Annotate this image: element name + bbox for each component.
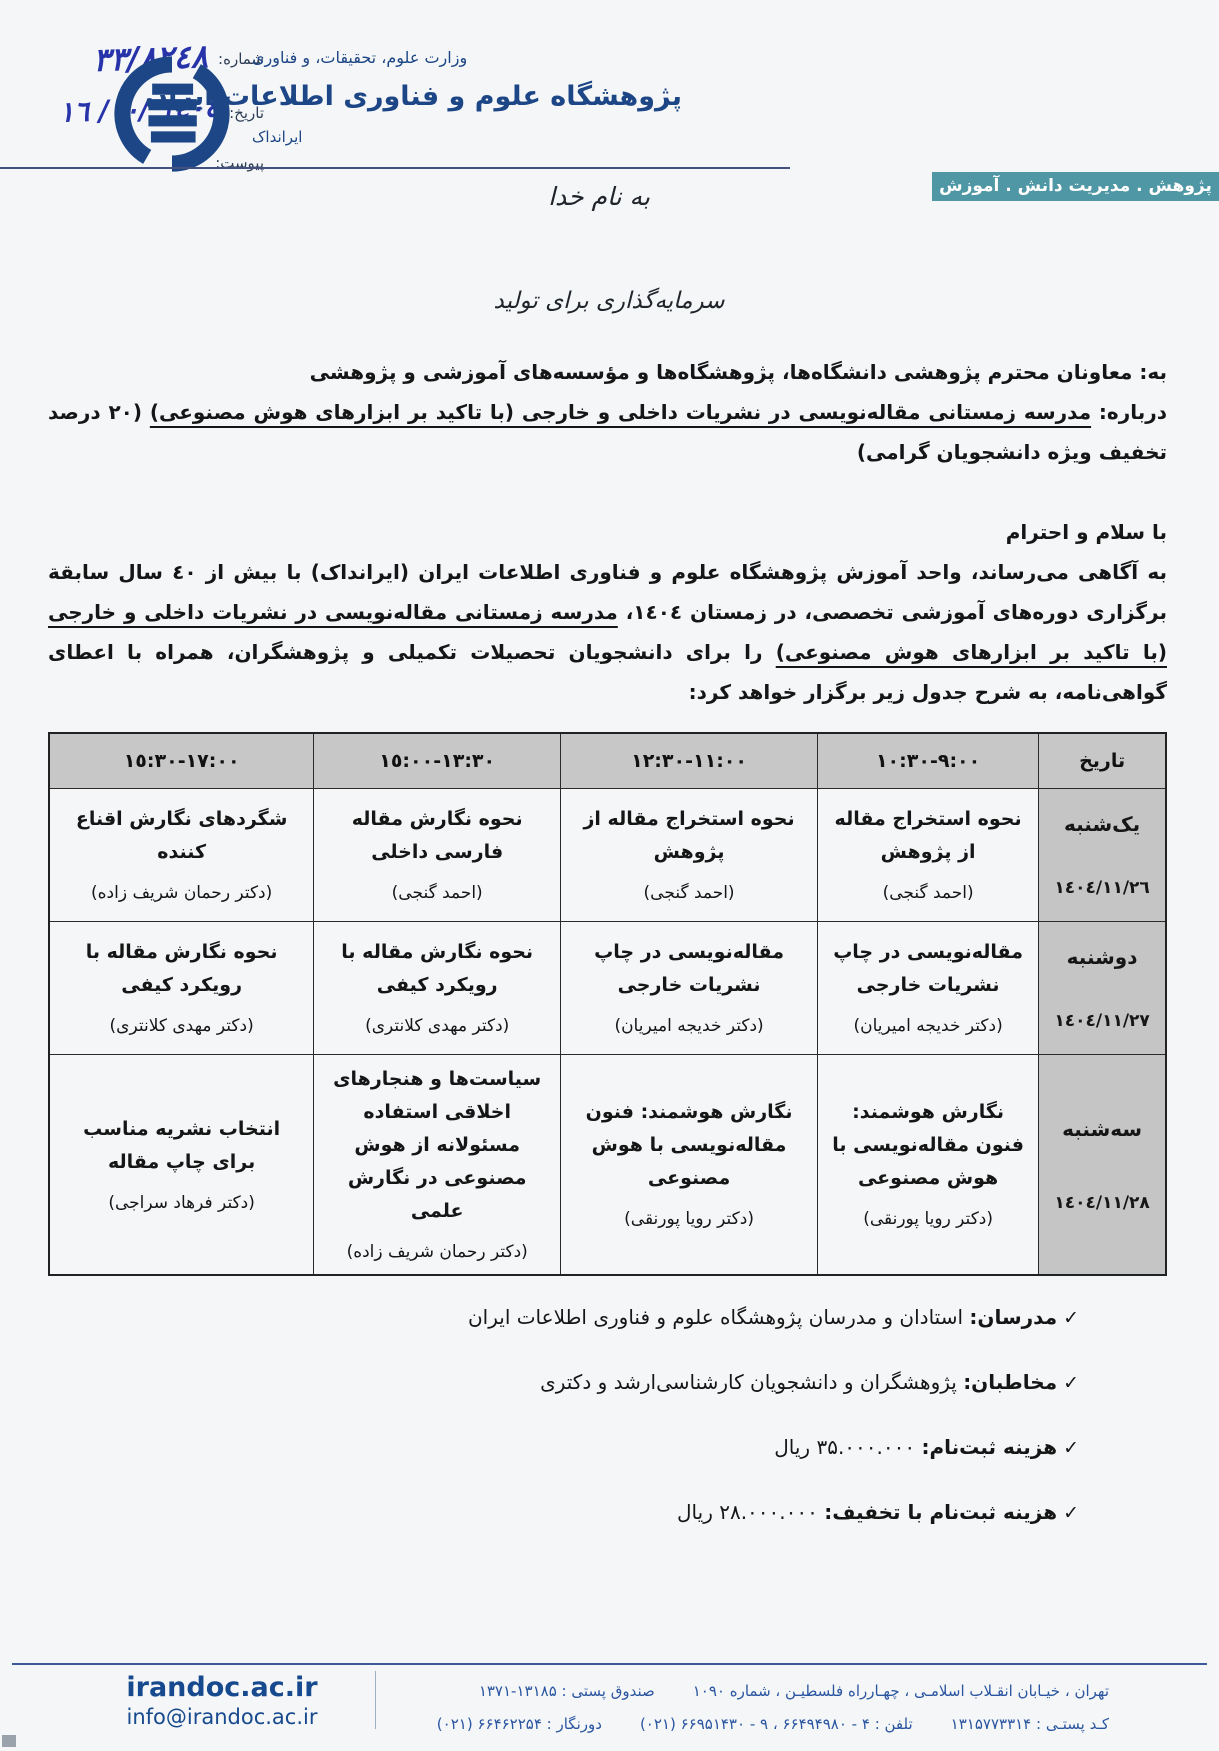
header-slot-1: ٩:٠٠-١٠:٣٠ [818,733,1039,789]
letterhead-divider [0,167,790,169]
date-value: ١٤٠٤/١١/٢٨ [1054,1193,1149,1213]
session-title: نحوه نگارش مقاله با رویکرد کیفی [62,936,301,1002]
ministry-title: وزارت علوم، تحقیقات، و فناوری [252,48,682,67]
about-subject: مدرسه زمستانی مقاله‌نویسی در نشریات داخل… [150,400,1091,424]
session-title: مقاله‌نویسی در چاپ نشریات خارجی [573,936,805,1002]
item-value: استادان و مدرسان پژوهشگاه علوم و فناوری … [468,1305,963,1329]
session-instructor: (دکتر خدیجه امیریان) [830,1012,1026,1040]
date-value: ١٤٠٤/١١/٢٦ [1054,878,1149,898]
pobox: صندوق پستی : ۱۳۱۸۵-۱۳۷۱ [479,1675,655,1708]
session-cell: مقاله‌نویسی در چاپ نشریات خارجی (دکتر خد… [561,922,818,1055]
session-cell: شگردهای نگارش اقناع کننده (دکتر رحمان شر… [49,789,314,922]
institute-title: پژوهشگاه علوم و فناوری اطلاعات ایران [252,81,682,112]
schedule-row-monday: دوشنبه ١٤٠٤/١١/٢٧ مقاله‌نویسی در چاپ نشر… [49,922,1166,1055]
postal-code: کـد پستـی : ۱۳۱۵۷۷۳۳۱۴ [951,1708,1109,1741]
checkmark-icon: ✓ [1063,1372,1079,1394]
item-value: ۲۸.۰۰۰.۰۰۰ ریال [677,1500,818,1524]
session-cell: نحوه نگارش مقاله فارسی داخلی (احمد گنجی) [314,789,561,922]
session-title: نحوه استخراج مقاله از پژوهش [573,803,805,869]
session-cell: نگارش هوشمند: فنون مقاله‌نویسی با هوش مص… [561,1055,818,1276]
session-cell: سیاست‌ها و هنجارهای اخلاقی استفاده مسئول… [314,1055,561,1276]
item-label: هزینه ثبت‌نام با تخفیف: [824,1500,1057,1524]
item-value: ۳۵.۰۰۰.۰۰۰ ریال [774,1435,915,1459]
schedule-row-tuesday: سه‌شنبه ١٤٠٤/١١/٢٨ نگارش هوشمند: فنون مق… [49,1055,1166,1276]
item-value: پژوهشگران و دانشجویان کارشناسی‌ارشد و دک… [540,1370,957,1394]
to-text: معاونان محترم پژوهشی دانشگاه‌ها، پژوهشگا… [310,360,1133,384]
session-instructor: (دکتر فرهاد سراجی) [62,1189,301,1217]
session-instructor: (دکتر رویا پورنقی) [830,1205,1026,1233]
session-instructor: (احمد گنجی) [326,879,548,907]
date-cell: یک‌شنبه ١٤٠٤/١١/٢٦ [1039,789,1166,922]
fax-number: دورنگار : ۶۶۴۶۲۲۵۴ (۰۲۱) [437,1708,602,1741]
date-value: ١٤٠٤/١١/٢٧ [1054,1011,1149,1031]
session-cell: نحوه نگارش مقاله با رویکرد کیفی (دکتر مه… [49,922,314,1055]
slot-4-time: ١٧:٠٠-١٥:٣٠ [124,750,240,772]
session-cell: نگارش هوشمند: فنون مقاله‌نویسی با هوش مص… [818,1055,1039,1276]
list-item-discount-fee: ✓هزینه ثبت‌نام با تخفیف: ۲۸.۰۰۰.۰۰۰ ریال [48,1497,1079,1528]
announcement-paragraph: به آگاهی می‌رساند، واحد آموزش پژوهشگاه ع… [48,552,1167,712]
session-instructor: (دکتر رویا پورنقی) [573,1205,805,1233]
session-instructor: (دکتر خدیجه امیریان) [573,1012,805,1040]
about-line: درباره: مدرسه زمستانی مقاله‌نویسی در نشر… [48,392,1167,472]
list-item-audience: ✓مخاطبان: پژوهشگران و دانشجویان کارشناسی… [48,1367,1079,1398]
slot-1-time: ٩:٠٠-١٠:٣٠ [876,750,980,772]
checkmark-icon: ✓ [1063,1437,1079,1459]
address-line-2: کـد پستـی : ۱۳۱۵۷۷۳۳۱۴ تلفن : ۴ - ۶۶۴۹۴۹… [430,1708,1109,1741]
item-label: مدرسان: [969,1305,1057,1329]
session-instructor: (احمد گنجی) [573,879,805,907]
session-cell: انتخاب نشریه مناسب برای چاپ مقاله (دکتر … [49,1055,314,1276]
departments-banner: پژوهش . مدیریت دانش . آموزش [932,172,1219,201]
header-slot-4: ١٧:٠٠-١٥:٣٠ [49,733,314,789]
item-label: مخاطبان: [963,1370,1057,1394]
session-title: شگردهای نگارش اقناع کننده [62,803,301,869]
year-slogan: سرمایه‌گذاری برای تولید [469,288,749,314]
session-title: نگارش هوشمند: فنون مقاله‌نویسی با هوش مص… [573,1096,805,1195]
date-cell: سه‌شنبه ١٤٠٤/١١/٢٨ [1039,1055,1166,1276]
slot-3-time: ١٣:٣٠-١٥:٠٠ [379,750,495,772]
about-label: درباره: [1099,400,1167,424]
salutation: با سلام و احترام [48,512,1167,552]
street-address: تهران ، خیـابان انقـلاب اسلامـی ، چهـارر… [693,1675,1109,1708]
session-cell: نحوه نگارش مقاله با رویکرد کیفی (دکتر مه… [314,922,561,1055]
phone-numbers: تلفن : ۴ - ۶۶۴۹۴۹۸۰ ، ۹ - ۶۶۹۵۱۴۳۰ (۰۲۱) [640,1708,913,1741]
schedule-row-sunday: یک‌شنبه ١٤٠٤/١١/٢٦ نحوه استخراج مقاله از… [49,789,1166,922]
scanned-letter-page: شماره: ٣٣/٨٢٤٨ تاریخ: ١٤٠٤ /١٠/ ١٦ پیوست… [0,0,1219,1751]
session-instructor: (دکتر مهدی کلانتری) [62,1012,301,1040]
session-title: نگارش هوشمند: فنون مقاله‌نویسی با هوش مص… [830,1096,1026,1195]
letter-footer: irandoc.ac.ir info@irandoc.ac.ir تهران ،… [0,1655,1219,1745]
scan-artifact [2,1735,16,1747]
session-cell: مقاله‌نویسی در چاپ نشریات خارجی (دکتر خد… [818,922,1039,1055]
irandoc-logo-icon [110,52,234,176]
header-slot-2: ١١:٠٠-١٢:٣٠ [561,733,818,789]
footer-divider-line [12,1663,1207,1665]
date-cell: دوشنبه ١٤٠٤/١١/٢٧ [1039,922,1166,1055]
course-details-list: ✓مدرسان: استادان و مدرسان پژوهشگاه علوم … [48,1302,1079,1528]
session-title: نحوه نگارش مقاله با رویکرد کیفی [326,936,548,1002]
checkmark-icon: ✓ [1063,1307,1079,1329]
session-instructor: (احمد گنجی) [830,879,1026,907]
weekday: سه‌شنبه [1040,1117,1164,1141]
website-url: irandoc.ac.ir [70,1673,374,1703]
session-cell: نحوه استخراج مقاله از پژوهش (احمد گنجی) [561,789,818,922]
session-instructor: (دکتر رحمان شریف زاده) [326,1238,548,1266]
item-label: هزینه ثبت‌نام: [921,1435,1057,1459]
session-title: انتخاب نشریه مناسب برای چاپ مقاله [62,1113,301,1179]
list-item-fee: ✓هزینه ثبت‌نام: ۳۵.۰۰۰.۰۰۰ ریال [48,1432,1079,1463]
session-instructor: (دکتر رحمان شریف زاده) [62,879,301,907]
weekday: دوشنبه [1040,945,1164,969]
letter-body: به: معاونان محترم پژوهشی دانشگاه‌ها، پژو… [48,352,1167,1562]
weekday: یک‌شنبه [1040,812,1164,836]
schedule-header-row: تاریخ ٩:٠٠-١٠:٣٠ ١١:٠٠-١٢:٣٠ ١٣:٣٠-١٥:٠٠… [49,733,1166,789]
schedule-table: تاریخ ٩:٠٠-١٠:٣٠ ١١:٠٠-١٢:٣٠ ١٣:٣٠-١٥:٠٠… [48,732,1167,1276]
header-slot-3: ١٣:٣٠-١٥:٠٠ [314,733,561,789]
header-date: تاریخ [1039,733,1166,789]
footer-address-block: تهران ، خیـابان انقـلاب اسلامـی ، چهـارر… [430,1675,1109,1741]
session-title: نحوه استخراج مقاله از پژوهش [830,803,1026,869]
institute-short-title: ایرانداک [252,128,682,146]
letterhead-titles: وزارت علوم، تحقیقات، و فناوری پژوهشگاه ع… [252,48,682,146]
address-line-1: تهران ، خیـابان انقـلاب اسلامـی ، چهـارر… [430,1675,1109,1708]
session-title: سیاست‌ها و هنجارهای اخلاقی استفاده مسئول… [326,1063,548,1228]
list-item-instructors: ✓مدرسان: استادان و مدرسان پژوهشگاه علوم … [48,1302,1079,1333]
to-line: به: معاونان محترم پژوهشی دانشگاه‌ها، پژو… [48,352,1167,392]
checkmark-icon: ✓ [1063,1502,1079,1524]
footer-web-block: irandoc.ac.ir info@irandoc.ac.ir [70,1673,374,1731]
slot-2-time: ١١:٠٠-١٢:٣٠ [631,750,747,772]
bismillah-text: به نام خدا [519,182,679,211]
footer-vertical-divider [375,1671,376,1729]
session-cell: نحوه استخراج مقاله از پژوهش (احمد گنجی) [818,789,1039,922]
email-address: info@irandoc.ac.ir [70,1703,374,1731]
session-title: مقاله‌نویسی در چاپ نشریات خارجی [830,936,1026,1002]
to-label: به: [1139,360,1167,384]
session-title: نحوه نگارش مقاله فارسی داخلی [326,803,548,869]
session-instructor: (دکتر مهدی کلانتری) [326,1012,548,1040]
